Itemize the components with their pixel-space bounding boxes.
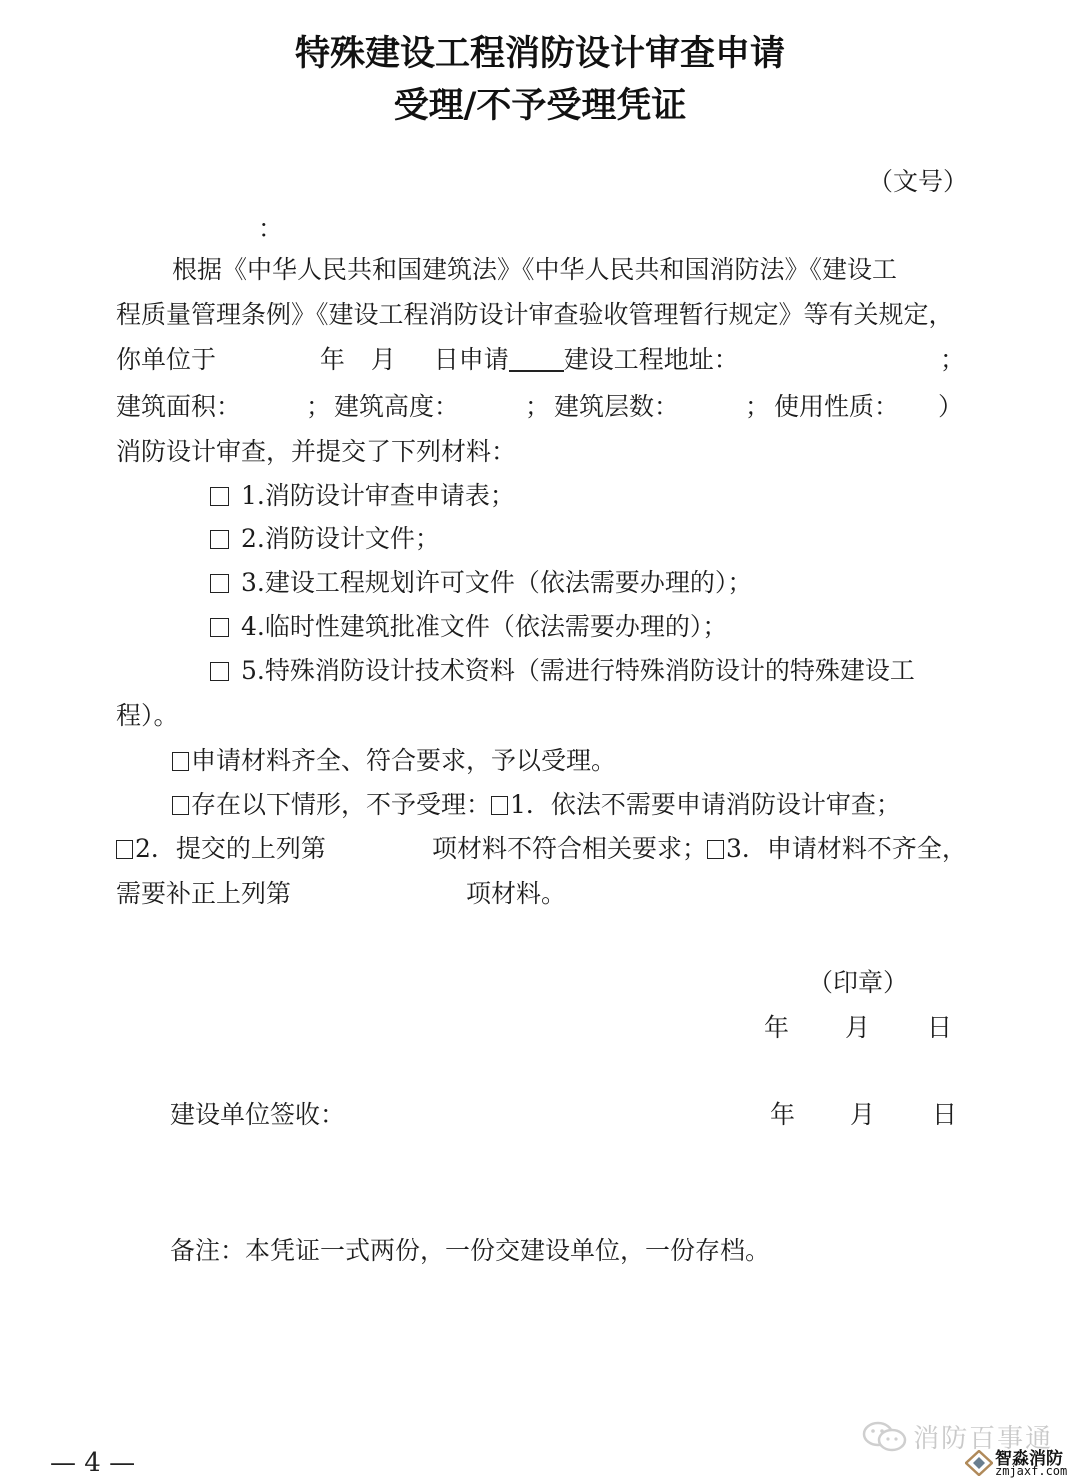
signoff-label: 建设单位签收： [170, 1100, 345, 1130]
checkbox-icon[interactable] [210, 618, 229, 637]
area-label: 建筑面积： [116, 392, 241, 422]
signoff-month: 月 [850, 1100, 875, 1130]
material-label: 2.消防设计文件； [241, 524, 440, 553]
apply-month-label: 月 [371, 345, 396, 374]
accept-label: 申请材料齐全、符合要求，予以受理。 [191, 746, 616, 775]
reject-reason-line2b: 项材料不符合相关要求；3．申请材料不齐全， [432, 834, 967, 864]
paragraph-line1: 根据《中华人民共和国建筑法》《中华人民共和国消防法》《建设工 [172, 255, 897, 285]
material-item: 1.消防设计审查申请表； [210, 481, 515, 511]
reject-reason-line2: 2．提交的上列第 [116, 834, 326, 864]
document-number: （文号） [868, 167, 968, 197]
document-title-line2: 受理/不予受理凭证 [0, 78, 1080, 128]
height-label: 建筑高度： [334, 392, 459, 422]
signoff-day: 日 [932, 1100, 957, 1130]
material-item: 3.建设工程规划许可文件（依法需要办理的）； [210, 568, 752, 598]
floors-sep: ； [745, 392, 770, 422]
reason1-checkbox-icon[interactable] [491, 796, 508, 815]
material-item: 5.特殊消防设计技术资料（需进行特殊消防设计的特殊建设工 [210, 656, 915, 686]
usage-label: 使用性质： [774, 392, 899, 422]
page-number: — 4 — [50, 1448, 135, 1478]
reason2-checkbox-icon[interactable] [116, 840, 133, 859]
paragraph-line3: 你单位于 年 月 日申请建设工程地址： [116, 345, 739, 375]
addressee-colon: ： [258, 214, 283, 244]
reject-option: 存在以下情形，不予受理：1．依法不需要申请消防设计审查； [172, 790, 901, 820]
apply-day-label: 日申请 [434, 345, 509, 374]
material-item: 4.临时性建筑批准文件（依法需要办理的）； [210, 612, 727, 642]
usage-close: ） [938, 392, 963, 422]
signoff-year: 年 [770, 1100, 795, 1130]
material-label: 1.消防设计审查申请表； [241, 481, 515, 510]
seal-day: 日 [927, 1013, 952, 1043]
floors-label: 建筑层数： [554, 392, 679, 422]
checkbox-icon[interactable] [210, 574, 229, 593]
document-title-line1: 特殊建设工程消防设计审查申请 [0, 26, 1080, 76]
brand-logo-icon [965, 1450, 993, 1476]
height-sep: ； [525, 392, 550, 422]
reason3-prefix: 3．申请材料不齐全， [726, 834, 967, 863]
applicant-prefix: 你单位于 [116, 345, 216, 374]
address-label: 建设工程地址： [564, 345, 739, 374]
reason3-line2-suffix: 项材料。 [466, 879, 566, 909]
material-label: 3.建设工程规划许可文件（依法需要办理的）； [241, 568, 752, 597]
reject-label: 存在以下情形，不予受理： [191, 790, 491, 819]
note-text: 备注：本凭证一式两份，一份交建设单位，一份存档。 [170, 1236, 770, 1266]
seal-month: 月 [845, 1013, 870, 1043]
reason2-prefix: 2．提交的上列第 [135, 834, 326, 863]
seal-label: （印章） [808, 968, 908, 998]
checkbox-icon[interactable] [210, 662, 229, 681]
wechat-icon [862, 1421, 908, 1453]
apply-year-label: 年 [320, 345, 345, 374]
material-item: 2.消防设计文件； [210, 524, 440, 554]
paragraph-line2: 程质量管理条例》《建设工程消防设计审查验收管理暂行规定》等有关规定， [116, 300, 954, 330]
reason1-label: 1．依法不需要申请消防设计审查； [510, 790, 901, 819]
checkbox-icon[interactable] [210, 530, 229, 549]
area-sep: ； [306, 392, 331, 422]
brand-url: zmjaxf.com [995, 1464, 1067, 1478]
accept-checkbox-icon[interactable] [172, 752, 189, 771]
reason3-checkbox-icon[interactable] [707, 840, 724, 859]
checkbox-icon[interactable] [210, 487, 229, 506]
material-label: 5.特殊消防设计技术资料（需进行特殊消防设计的特殊建设工 [241, 656, 915, 685]
address-end: ； [940, 345, 965, 375]
material5-continuation: 程）。 [116, 701, 179, 731]
reason3-line2-prefix: 需要补正上列第 [116, 879, 291, 909]
reason2-suffix: 项材料不符合相关要求； [432, 834, 707, 863]
reject-checkbox-icon[interactable] [172, 796, 189, 815]
material-label: 4.临时性建筑批准文件（依法需要办理的）； [241, 612, 727, 641]
paragraph-line5: 消防设计审查，并提交了下列材料： [116, 437, 516, 467]
accept-option: 申请材料齐全、符合要求，予以受理。 [172, 746, 616, 776]
seal-year: 年 [764, 1013, 789, 1043]
project-name-blank[interactable] [509, 348, 564, 372]
